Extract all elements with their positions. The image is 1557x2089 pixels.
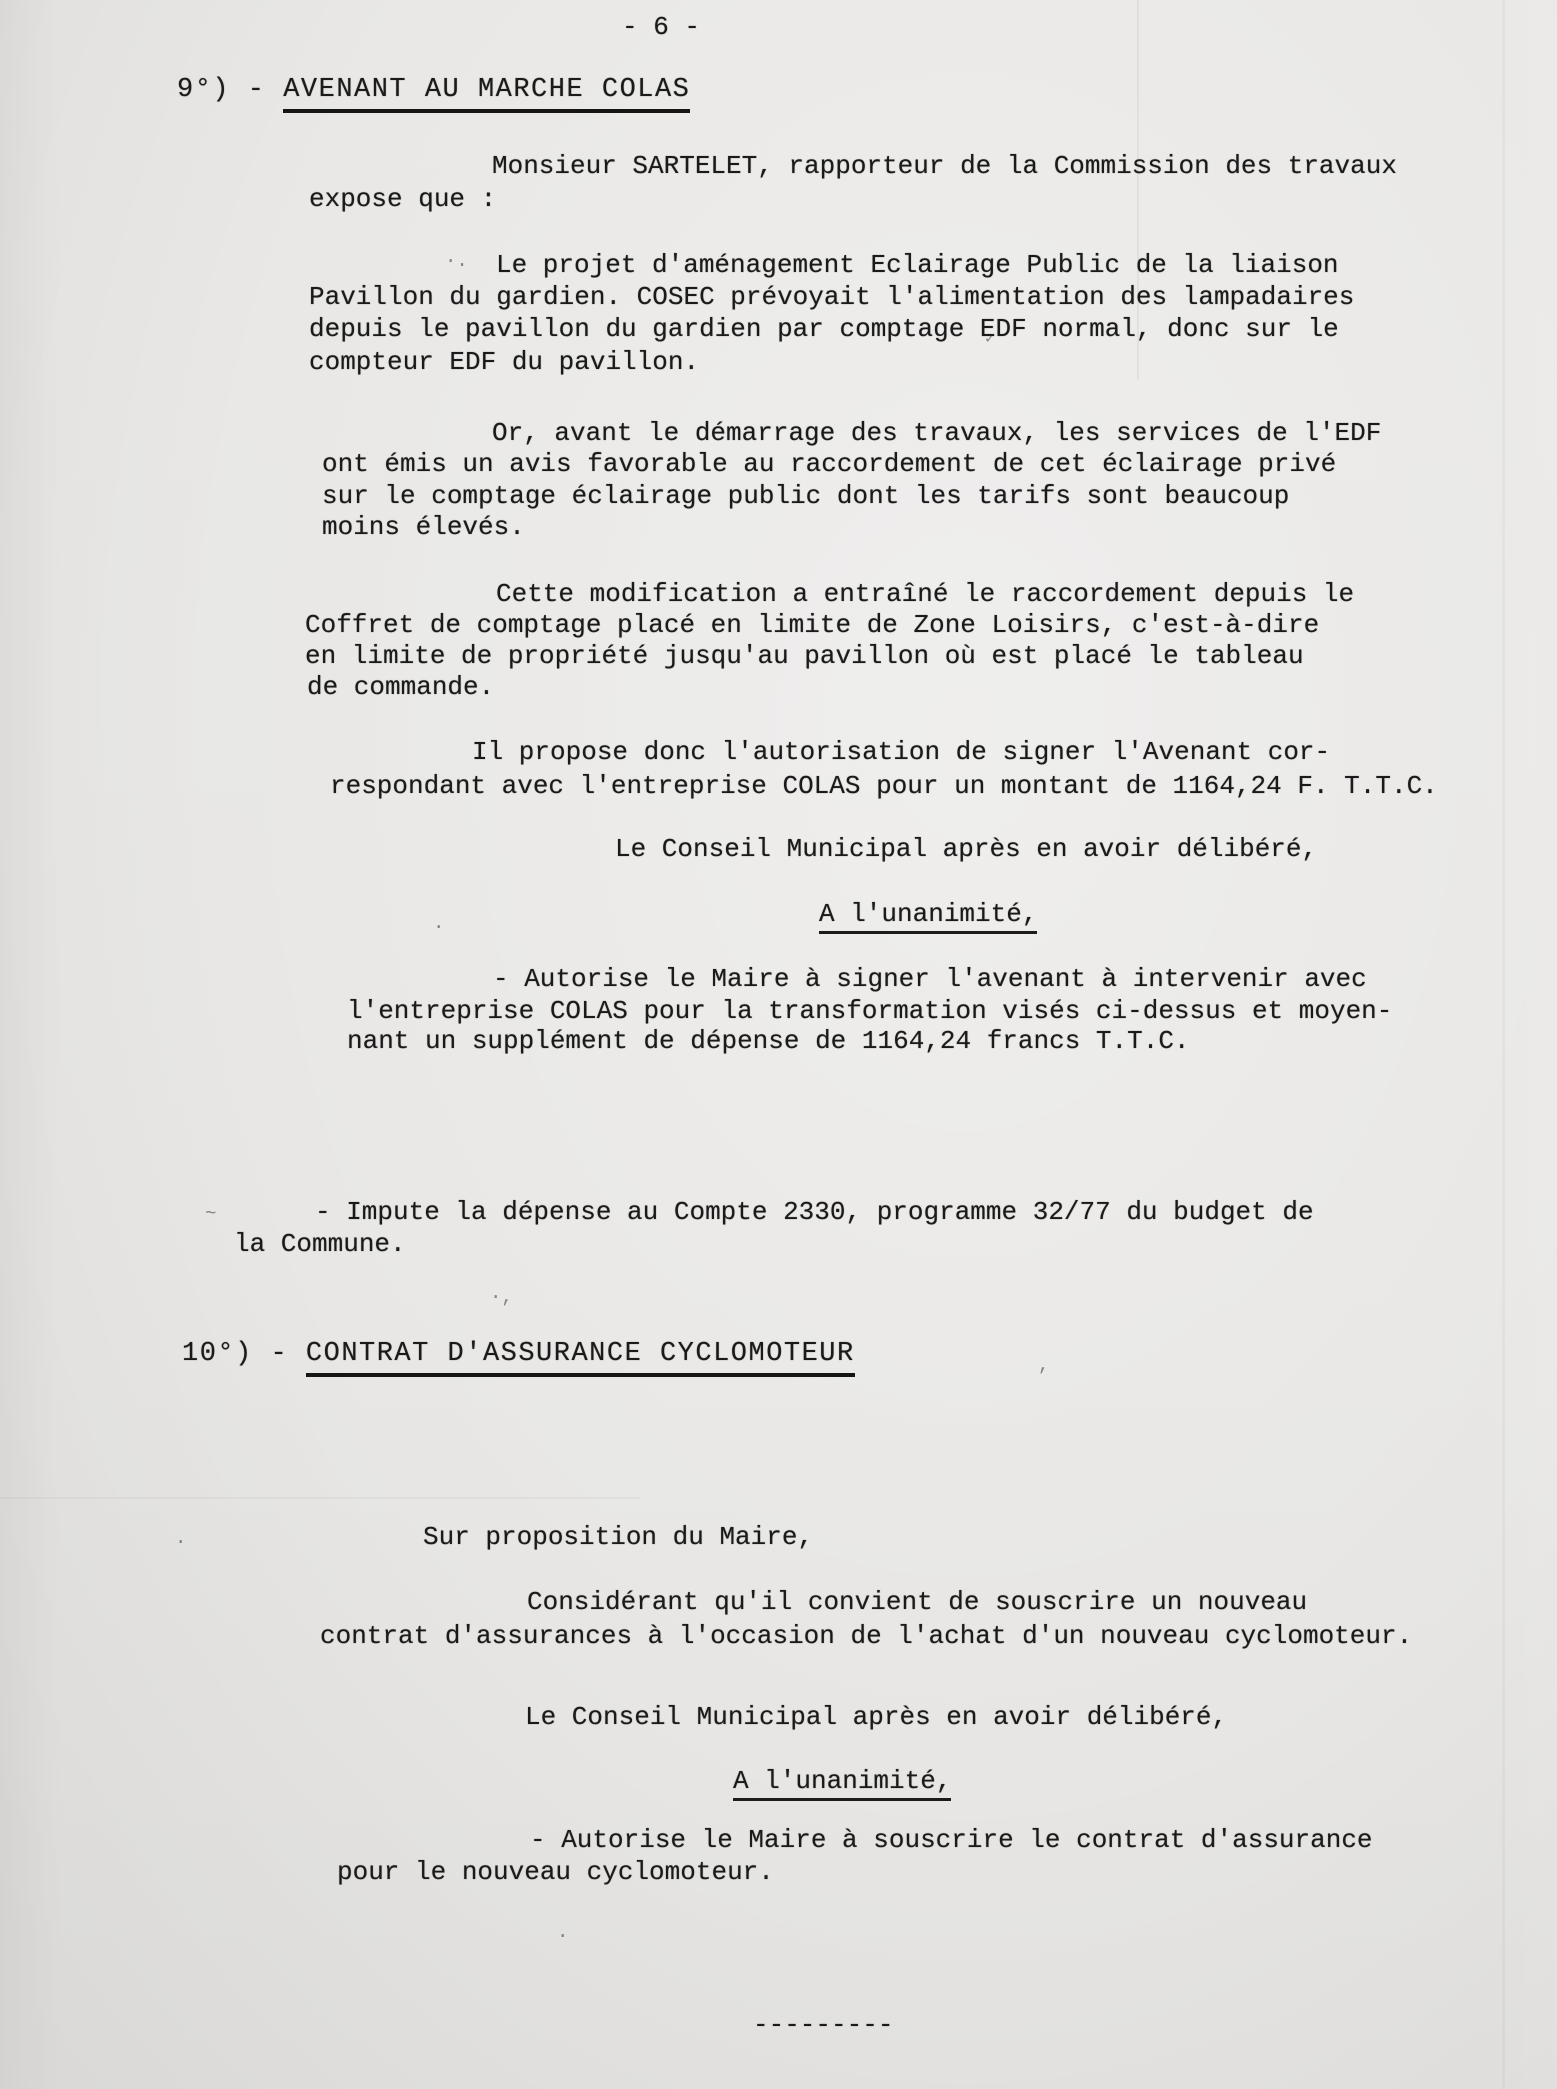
deliberation-line: Le Conseil Municipal après en avoir déli…	[525, 1702, 1227, 1732]
paragraph-line: - Autorise le Maire à souscrire le contr…	[530, 1825, 1373, 1855]
unanimity-text: A l'unanimité,	[733, 1766, 951, 1801]
section-9-number: 9°) -	[177, 75, 283, 105]
scan-artifact: ·,	[490, 1288, 513, 1307]
section-10-title: CONTRAT D'ASSURANCE CYCLOMOTEUR	[306, 1339, 855, 1377]
paragraph-line: moins élevés.	[322, 512, 525, 542]
paragraph-line: la Commune.	[234, 1229, 406, 1259]
paragraph-line: sur le comptage éclairage public dont le…	[322, 481, 1289, 511]
paragraph-line: ont émis un avis favorable au raccordeme…	[322, 449, 1336, 479]
paragraph-line: nant un supplément de dépense de 1164,24…	[347, 1026, 1190, 1056]
paragraph-line: expose que :	[309, 184, 496, 214]
paragraph-line: depuis le pavillon du gardien par compta…	[309, 314, 1339, 344]
end-separator: ---------	[753, 2010, 893, 2040]
paragraph-line: l'entreprise COLAS pour la transformatio…	[347, 996, 1392, 1026]
unanimity-text: A l'unanimité,	[819, 899, 1037, 934]
paragraph-line: compteur EDF du pavillon.	[309, 347, 699, 377]
section-10-number: 10°) -	[182, 1339, 306, 1369]
section-9-title: AVENANT AU MARCHE COLAS	[283, 75, 690, 113]
unanimity-line: A l'unanimité,	[733, 1766, 951, 1796]
scan-artifact: ·	[175, 1533, 186, 1552]
deliberation-line: Le Conseil Municipal après en avoir déli…	[615, 834, 1317, 864]
paragraph-line: - Impute la dépense au Compte 2330, prog…	[315, 1197, 1314, 1227]
scanned-document-page: - 6 - 9°) - AVENANT AU MARCHE COLAS Mons…	[0, 0, 1557, 2089]
scan-artifact: ·	[557, 1927, 568, 1946]
scan-artifact: ~	[205, 1205, 216, 1224]
paragraph-line: Pavillon du gardien. COSEC prévoyait l'a…	[309, 282, 1354, 312]
unanimity-line: A l'unanimité,	[819, 899, 1037, 929]
paragraph-line: respondant avec l'entreprise COLAS pour …	[330, 771, 1438, 801]
paragraph-line: Coffret de comptage placé en limite de Z…	[305, 610, 1319, 640]
paragraph-line: en limite de propriété jusqu'au pavillon…	[305, 641, 1304, 671]
paragraph-line: Considérant qu'il convient de souscrire …	[527, 1587, 1307, 1617]
paragraph-line: pour le nouveau cyclomoteur.	[337, 1857, 774, 1887]
section-10-heading: 10°) - CONTRAT D'ASSURANCE CYCLOMOTEUR	[182, 1339, 855, 1369]
paragraph-line: Or, avant le démarrage des travaux, les …	[492, 418, 1381, 448]
scan-crease	[0, 1497, 640, 1499]
proposition-line: Sur proposition du Maire,	[423, 1522, 813, 1552]
paragraph-line: de commande.	[307, 672, 494, 702]
section-9-heading: 9°) - AVENANT AU MARCHE COLAS	[177, 75, 690, 105]
scan-crease	[1502, 0, 1505, 2089]
paragraph-line: Le projet d'aménagement Eclairage Public…	[496, 250, 1339, 280]
paragraph-line: Monsieur SARTELET, rapporteur de la Comm…	[492, 151, 1397, 181]
scan-artifact: ·	[433, 918, 444, 937]
scan-artifact: ✓	[985, 330, 995, 349]
page-number: - 6 -	[622, 12, 700, 42]
paragraph-line: - Autorise le Maire à signer l'avenant à…	[493, 964, 1367, 994]
scan-artifact: ·.	[445, 252, 468, 271]
paragraph-line: contrat d'assurances à l'occasion de l'a…	[320, 1621, 1412, 1651]
paragraph-line: Cette modification a entraîné le raccord…	[496, 579, 1354, 609]
paragraph-line: Il propose donc l'autorisation de signer…	[472, 737, 1330, 767]
scan-artifact: ,	[1038, 1356, 1049, 1375]
